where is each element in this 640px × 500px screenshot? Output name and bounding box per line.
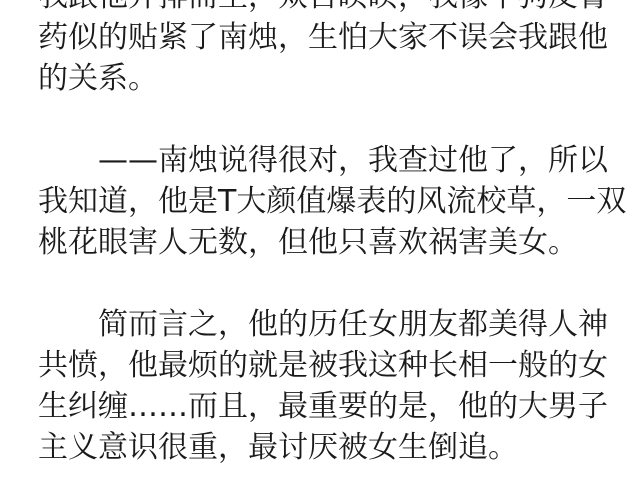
- paragraph-1: 我跟他并排而坐，众目睽睽，我像个狗皮膏药似的贴紧了南烛，生怕大家不误会我跟他的关…: [38, 0, 630, 99]
- paragraph-3: 简而言之，他的历任女朋友都美得人神共愤，他最烦的就是被我这种长相一般的女生纠缠……: [38, 304, 630, 468]
- paragraph-2: ——南烛说得很对，我查过他了，所以我知道，他是T大颜值爆表的风流校草，一双桃花眼…: [38, 140, 630, 263]
- reader-page: 我跟他并排而坐，众目睽睽，我像个狗皮膏药似的贴紧了南烛，生怕大家不误会我跟他的关…: [0, 0, 640, 500]
- text-column: 我跟他并排而坐，众目睽睽，我像个狗皮膏药似的贴紧了南烛，生怕大家不误会我跟他的关…: [38, 0, 630, 468]
